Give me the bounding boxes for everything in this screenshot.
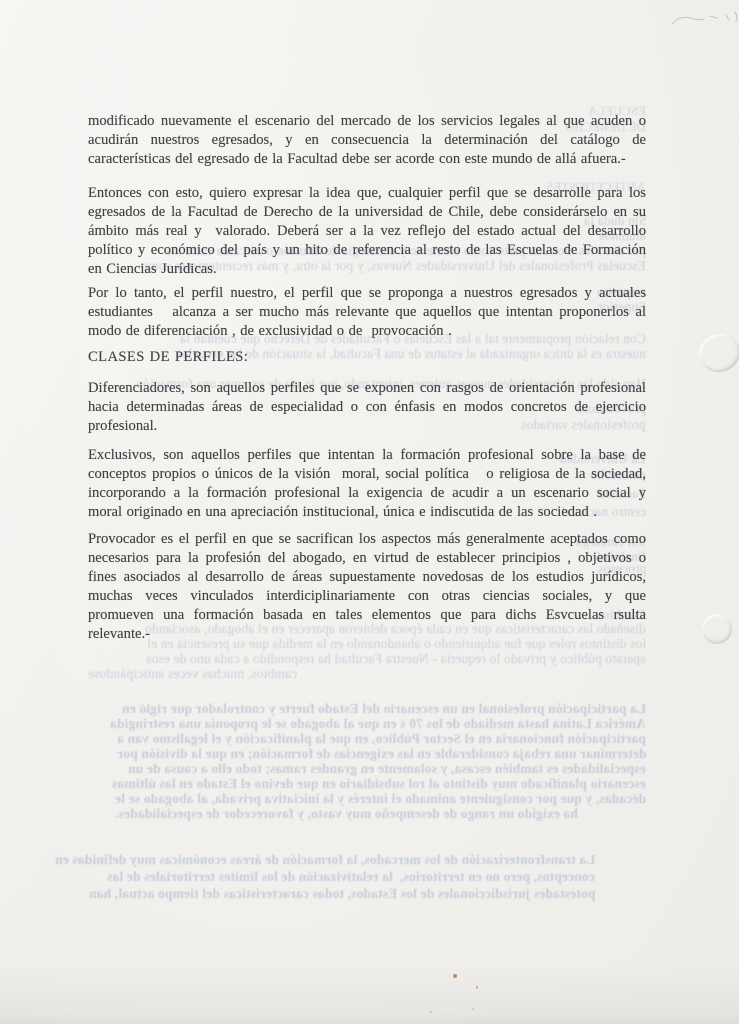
document-paragraph: modificado nuevamente el escenario del m… xyxy=(88,112,646,169)
scanned-document-page: ESCUELA DE DERECHO ANTECEDENTES Sin duda… xyxy=(0,0,739,1024)
stain-dot xyxy=(430,1011,432,1013)
document-paragraph: Diferenciadores, son aquellos perfiles q… xyxy=(88,379,646,436)
stain-dot xyxy=(472,1008,474,1010)
pen-scribble-mark xyxy=(668,2,739,40)
document-paragraph: Por lo tanto, el perfil nuestro, el perf… xyxy=(88,284,646,341)
document-paragraph: Entonces con esto, quiero expresar la id… xyxy=(88,184,646,279)
section-heading: CLASES DE PERFILES: xyxy=(88,348,646,367)
punch-hole-mark xyxy=(702,614,732,644)
stain-dot xyxy=(476,986,478,989)
document-paragraph: Provocador es el perfil en que se sacrif… xyxy=(88,530,646,644)
stain-dot xyxy=(453,974,457,978)
document-body: modificado nuevamente el escenario del m… xyxy=(0,0,739,1024)
document-paragraph: Exclusivos, son aquellos perfiles que in… xyxy=(88,446,646,522)
